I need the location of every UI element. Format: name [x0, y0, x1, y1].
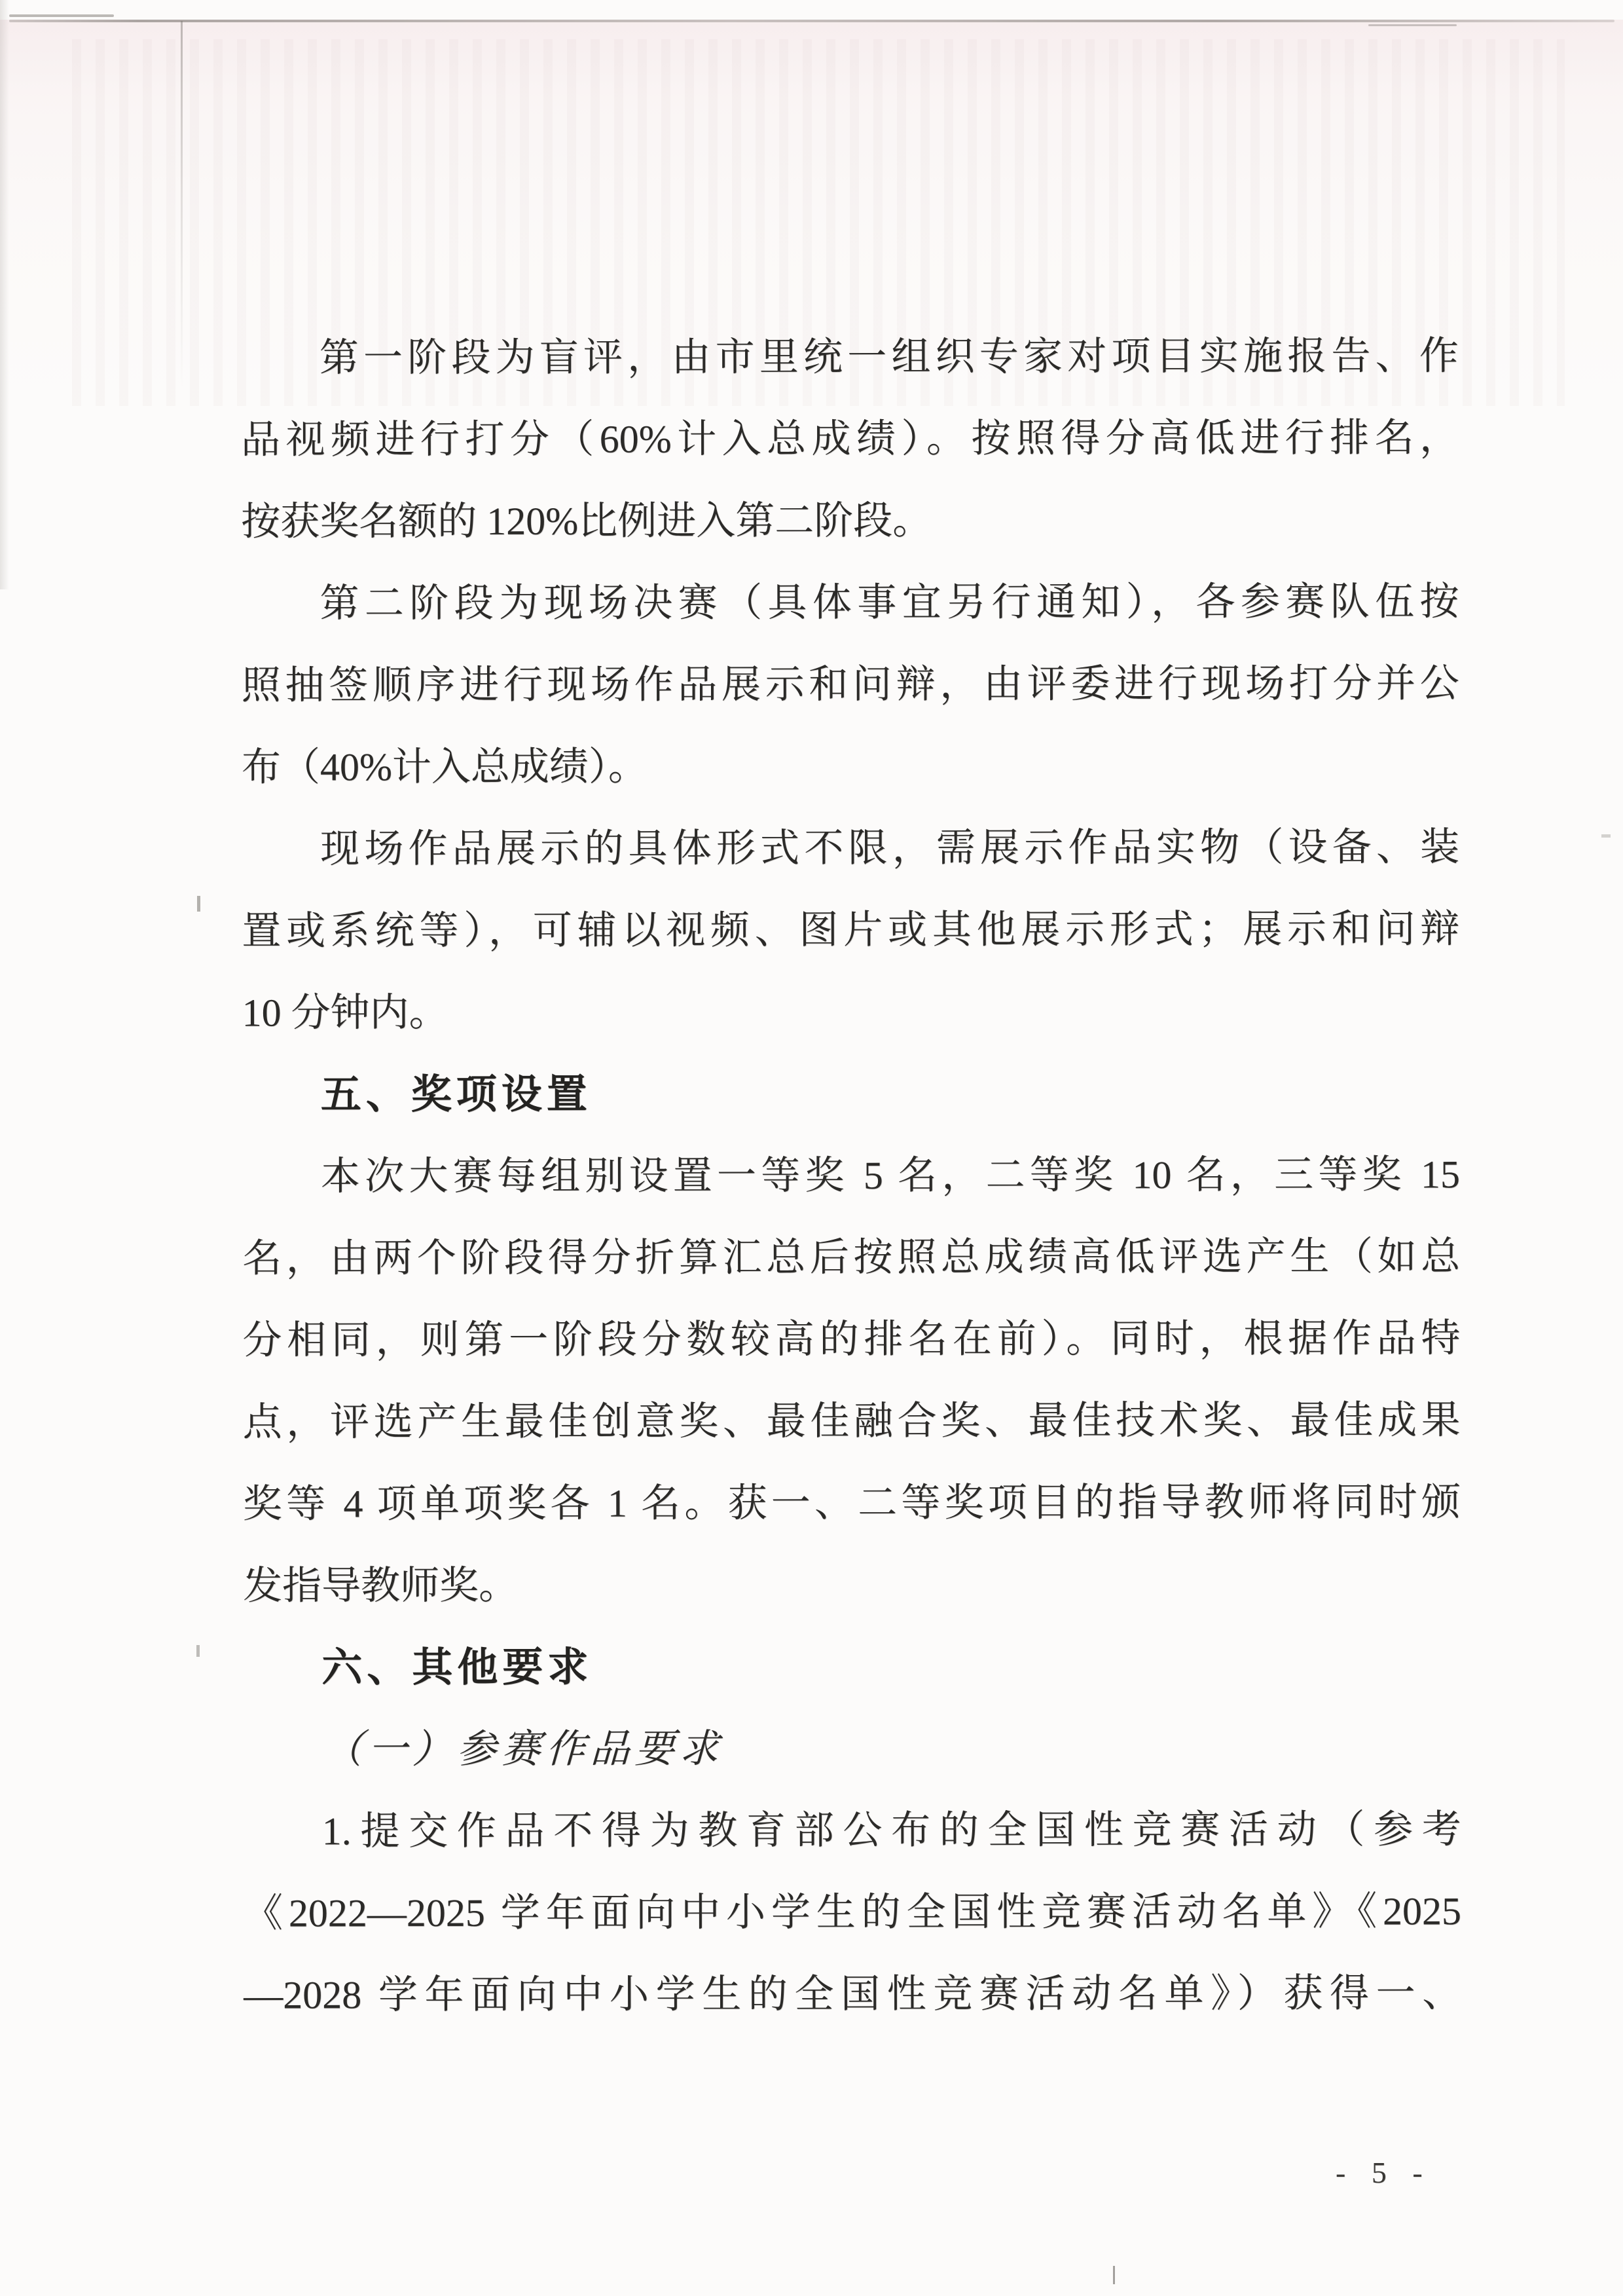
paragraph-line: 《2022—2025 学年面向中小学生的全国性竞赛活动名单》《2025	[244, 1870, 1461, 1954]
scan-artifact-top-edge-dip	[1368, 24, 1457, 26]
scanned-document-page: 第一阶段为盲评，由市里统一组织专家对项目实施报告、作 品视频进行打分（60%计入…	[0, 0, 1623, 2296]
scan-artifact-fold-line	[181, 21, 183, 388]
paragraph-line: 10 分钟内。	[242, 970, 1459, 1054]
document-text: 第一阶段为盲评，由市里统一组织专家对项目实施报告、作 品视频进行打分（60%计入…	[241, 315, 1462, 2036]
paragraph-line: 品视频进行打分（60%计入总成绩）。按照得分高低进行排名，	[241, 397, 1459, 481]
scan-speck	[1601, 834, 1611, 838]
paragraph-line: 布（40%计入总成绩）。	[242, 724, 1459, 808]
paragraph-line: 奖等 4 项单项奖各 1 名。获一、二等奖项目的指导教师将同时颁	[243, 1461, 1461, 1545]
scan-speck	[196, 1645, 200, 1657]
paragraph-line: —2028 学年面向中小学生的全国性竞赛活动名单》）获得一、	[244, 1952, 1461, 2036]
paragraph-line: 点，评选产生最佳创意奖、最佳融合奖、最佳技术奖、最佳成果	[243, 1379, 1461, 1463]
paragraph-line: 1.提交作品不得为教育部公布的全国性竞赛活动（参考	[244, 1788, 1461, 1872]
heading-awards-setup: 五、奖项设置	[242, 1052, 1460, 1136]
paragraph-line: 名，由两个阶段得分折算汇总后按照总成绩高低评选产生（如总	[242, 1215, 1460, 1299]
subheading-entry-requirements: （一）参赛作品要求	[244, 1707, 1464, 1790]
paragraph-line: 现场作品展示的具体形式不限，需展示作品实物（设备、装	[242, 806, 1459, 890]
paragraph-line: 发指导教师奖。	[243, 1543, 1461, 1627]
heading-other-requirements: 六、其他要求	[243, 1625, 1461, 1709]
paragraph-line: 置或系统等），可辅以视频、图片或其他展示形式；展示和问辩	[242, 888, 1459, 972]
scan-artifact-left-shadow	[0, 0, 9, 589]
scan-artifact-top-edge-notch	[9, 14, 114, 17]
scan-speck	[197, 896, 200, 912]
paragraph-line: 分相同，则第一阶段分数较高的排名在前）。同时，根据作品特	[242, 1297, 1460, 1381]
paragraph-line: 第二阶段为现场决赛（具体事宜另行通知），各参赛队伍按	[241, 561, 1459, 644]
paragraph-line: 本次大赛每组别设置一等奖 5 名，二等奖 10 名，三等奖 15	[242, 1134, 1460, 1217]
paragraph-line: 照抽签顺序进行现场作品展示和问辩，由评委进行现场打分并公	[242, 642, 1459, 726]
scan-speck	[1113, 2266, 1115, 2284]
paragraph-line: 第一阶段为盲评，由市里统一组织专家对项目实施报告、作	[241, 315, 1459, 399]
scan-artifact-top-edge-line	[9, 20, 1614, 22]
page-number: - 5 -	[1336, 2153, 1432, 2193]
paragraph-line: 按获奖名额的 120%比例进入第二阶段。	[241, 479, 1459, 563]
